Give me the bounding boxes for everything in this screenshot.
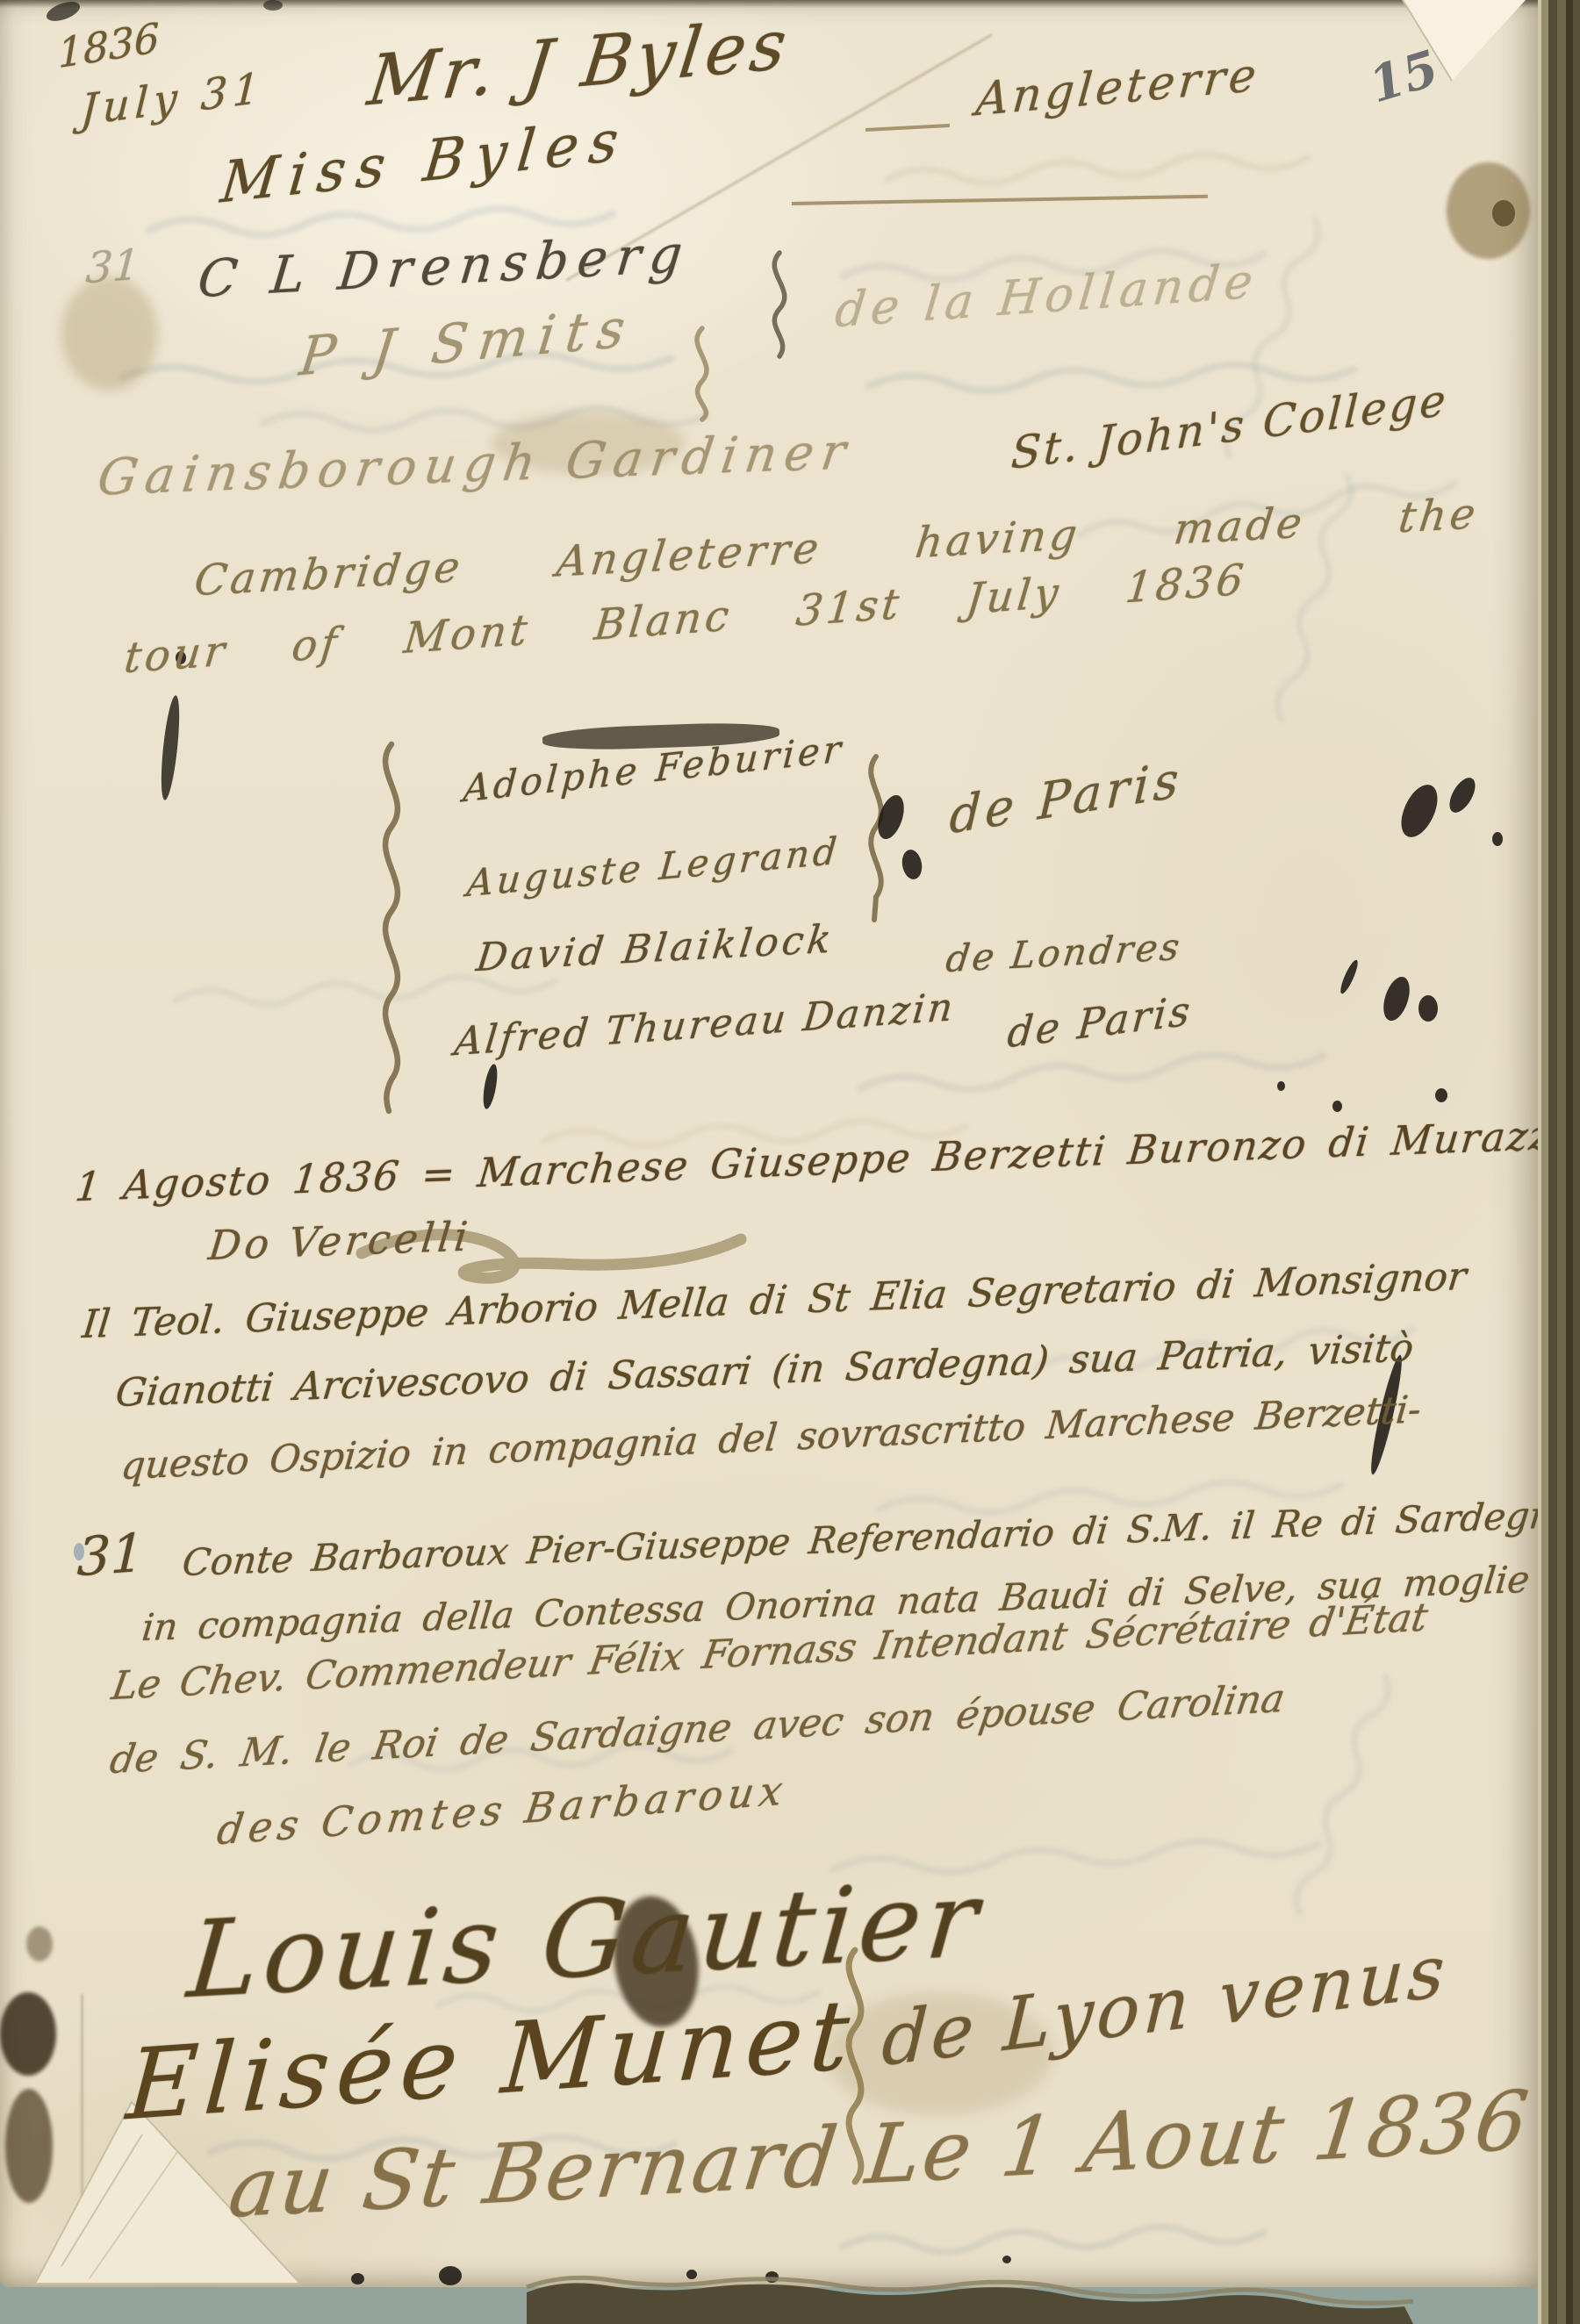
binding-edge: [1538, 0, 1580, 2324]
drensberg-brace: [753, 251, 809, 362]
scan-edge-shadow: [0, 0, 1541, 8]
entry-drensberg-date: 31: [84, 240, 141, 294]
ink-blot: [439, 2266, 462, 2285]
entry-berzetti-line2: Do Vercelli: [206, 1212, 473, 1269]
ink-blot: [351, 2273, 364, 2285]
group-brace-left: [362, 742, 423, 1115]
ink-blot: [1492, 832, 1503, 846]
group-brace-right: [853, 755, 906, 923]
corner-fold: [1403, 0, 1534, 84]
guestbook-page: 1836 July 31 Mr. J Byles Angleterre 15 M…: [0, 0, 1541, 2287]
torn-edge: [527, 2252, 1413, 2324]
ink-blot: [1277, 1081, 1285, 1091]
manuscript-scan: 1836 July 31 Mr. J Byles Angleterre 15 M…: [0, 0, 1580, 2324]
smits-brace: [678, 326, 730, 423]
ink-blot: [1332, 1101, 1342, 1112]
ink-blot: [1418, 995, 1438, 1022]
ink-blot: [1435, 1088, 1447, 1102]
entry-barbaroux-date: 31: [76, 1523, 146, 1589]
